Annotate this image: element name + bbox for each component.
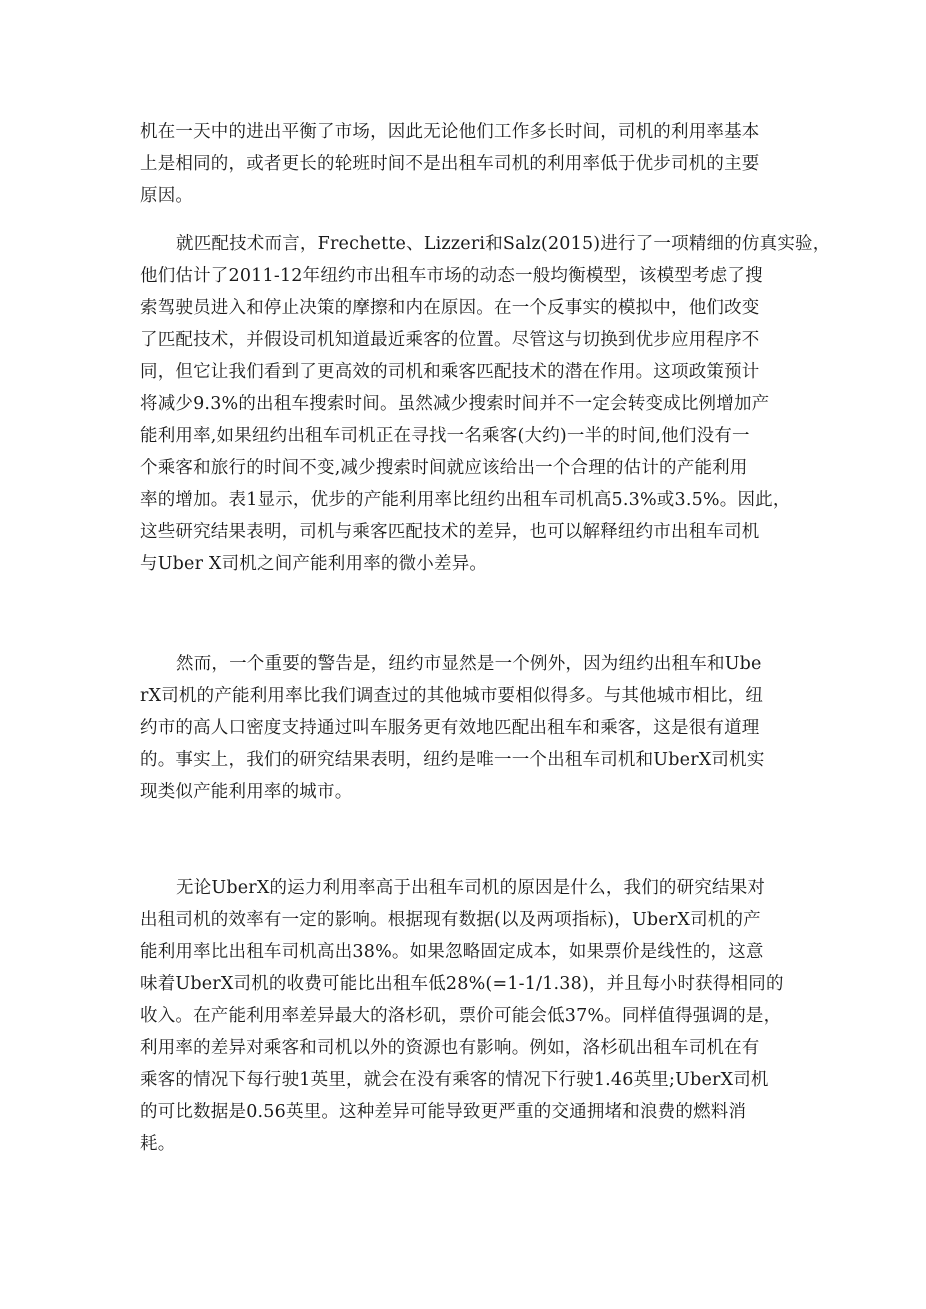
text-line: 机在一天中的进出平衡了市场，因此无论他们工作多长时间，司机的利用率基本 bbox=[140, 116, 790, 148]
text-line: 出租司机的效率有一定的影响。根据现有数据(以及两项指标)，UberX司机的产 bbox=[140, 904, 790, 936]
text-line: 他们估计了2011-12年纽约市出租车市场的动态一般均衡模型，该模型考虑了搜 bbox=[140, 260, 790, 292]
text-line: 耗。 bbox=[140, 1128, 790, 1160]
document-page: 机在一天中的进出平衡了市场，因此无论他们工作多长时间，司机的利用率基本 上是相同… bbox=[0, 0, 926, 1309]
text-line: 索驾驶员进入和停止决策的摩擦和内在原因。在一个反事实的模拟中，他们改变 bbox=[140, 292, 790, 324]
text-line: 能利用率比出租车司机高出38%。如果忽略固定成本，如果票价是线性的，这意 bbox=[140, 936, 790, 968]
paragraph-utilization-shift: 机在一天中的进出平衡了市场，因此无论他们工作多长时间，司机的利用率基本 上是相同… bbox=[140, 116, 790, 212]
text-line: 个乘客和旅行的时间不变,减少搜索时间就应该给出一个合理的估计的产能利用 bbox=[140, 452, 790, 484]
text-line: 上是相同的，或者更长的轮班时间不是出租车司机的利用率低于优步司机的主要 bbox=[140, 148, 790, 180]
text-line: 能利用率,如果纽约出租车司机正在寻找一名乘客(大约)一半的时间,他们没有一 bbox=[140, 420, 790, 452]
text-line: 原因。 bbox=[140, 180, 790, 212]
text-line: 收入。在产能利用率差异最大的洛杉矶，票价可能会低37%。同样值得强调的是， bbox=[140, 1000, 790, 1032]
text-line: 就匹配技术而言，Frechette、Lizzeri和Salz(2015)进行了一… bbox=[140, 228, 790, 260]
text-line: 的可比数据是0.56英里。这种差异可能导致更严重的交通拥堵和浪费的燃料消 bbox=[140, 1096, 790, 1128]
text-line: rX司机的产能利用率比我们调查过的其他城市要相似得多。与其他城市相比，纽 bbox=[140, 680, 790, 712]
text-line: 同，但它让我们看到了更高效的司机和乘客匹配技术的潜在作用。这项政策预计 bbox=[140, 356, 790, 388]
text-line: 将减少9.3%的出租车搜索时间。虽然减少搜索时间并不一定会转变成比例增加产 bbox=[140, 388, 790, 420]
text-line: 利用率的差异对乘客和司机以外的资源也有影响。例如，洛杉矶出租车司机在有 bbox=[140, 1032, 790, 1064]
text-line: 然而，一个重要的警告是，纽约市显然是一个例外，因为纽约出租车和Ube bbox=[140, 648, 790, 680]
text-line: 的。事实上，我们的研究结果表明，纽约是唯一一个出租车司机和UberX司机实 bbox=[140, 744, 790, 776]
text-line: 现类似产能利用率的城市。 bbox=[140, 776, 790, 808]
text-line: 率的增加。表1显示，优步的产能利用率比纽约出租车司机高5.3%或3.5%。因此， bbox=[140, 484, 790, 516]
text-line: 无论UberX的运力利用率高于出租车司机的原因是什么，我们的研究结果对 bbox=[140, 872, 790, 904]
text-line: 约市的高人口密度支持通过叫车服务更有效地匹配出租车和乘客，这是很有道理 bbox=[140, 712, 790, 744]
paragraph-matching-technology: 就匹配技术而言，Frechette、Lizzeri和Salz(2015)进行了一… bbox=[140, 228, 790, 580]
text-line: 味着UberX司机的收费可能比出租车低28%(=1-1/1.38)，并且每小时获… bbox=[140, 968, 790, 1000]
text-line: 与Uber X司机之间产能利用率的微小差异。 bbox=[140, 548, 790, 580]
paragraph-nyc-exception: 然而，一个重要的警告是，纽约市显然是一个例外，因为纽约出租车和Ube rX司机的… bbox=[140, 648, 790, 808]
paragraph-efficiency-implications: 无论UberX的运力利用率高于出租车司机的原因是什么，我们的研究结果对 出租司机… bbox=[140, 872, 790, 1160]
text-line: 这些研究结果表明，司机与乘客匹配技术的差异，也可以解释纽约市出租车司机 bbox=[140, 516, 790, 548]
text-line: 乘客的情况下每行驶1英里，就会在没有乘客的情况下行驶1.46英里;UberX司机 bbox=[140, 1064, 790, 1096]
text-line: 了匹配技术，并假设司机知道最近乘客的位置。尽管这与切换到优步应用程序不 bbox=[140, 324, 790, 356]
